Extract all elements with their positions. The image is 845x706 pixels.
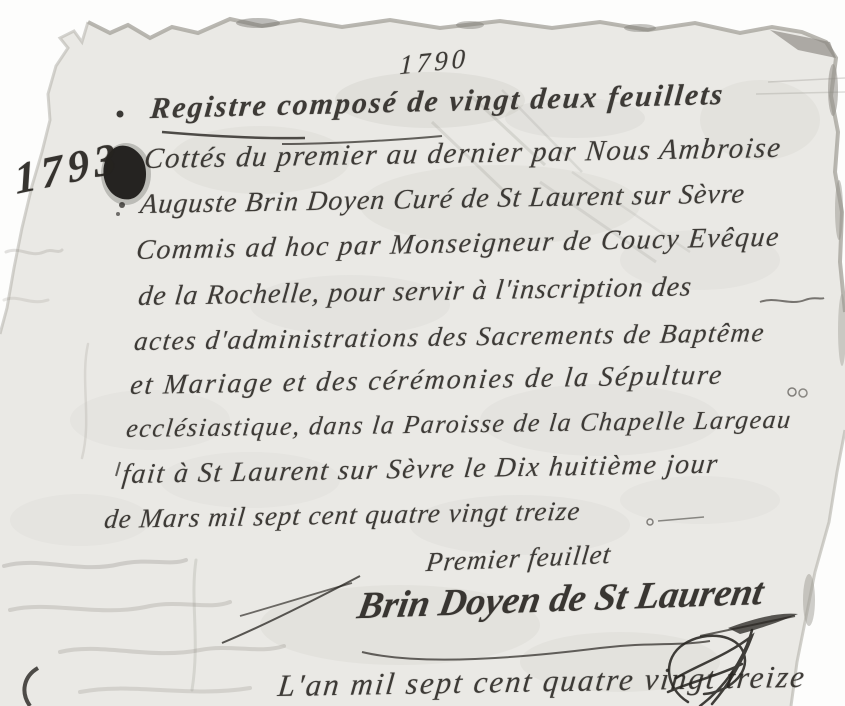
ink-dot bbox=[117, 111, 124, 118]
edge-chunk bbox=[236, 18, 280, 28]
edge-chunk bbox=[624, 24, 656, 32]
ink-blot-drip bbox=[116, 212, 120, 216]
edge-chunk bbox=[828, 64, 838, 116]
ink-blot-drip bbox=[119, 202, 125, 208]
edge-chunk bbox=[803, 574, 815, 626]
edge-chunk bbox=[456, 21, 484, 29]
scanned-register-page: 1790 1793 Registre composé de vingt deux… bbox=[0, 0, 845, 706]
edge-chunk bbox=[835, 180, 843, 240]
